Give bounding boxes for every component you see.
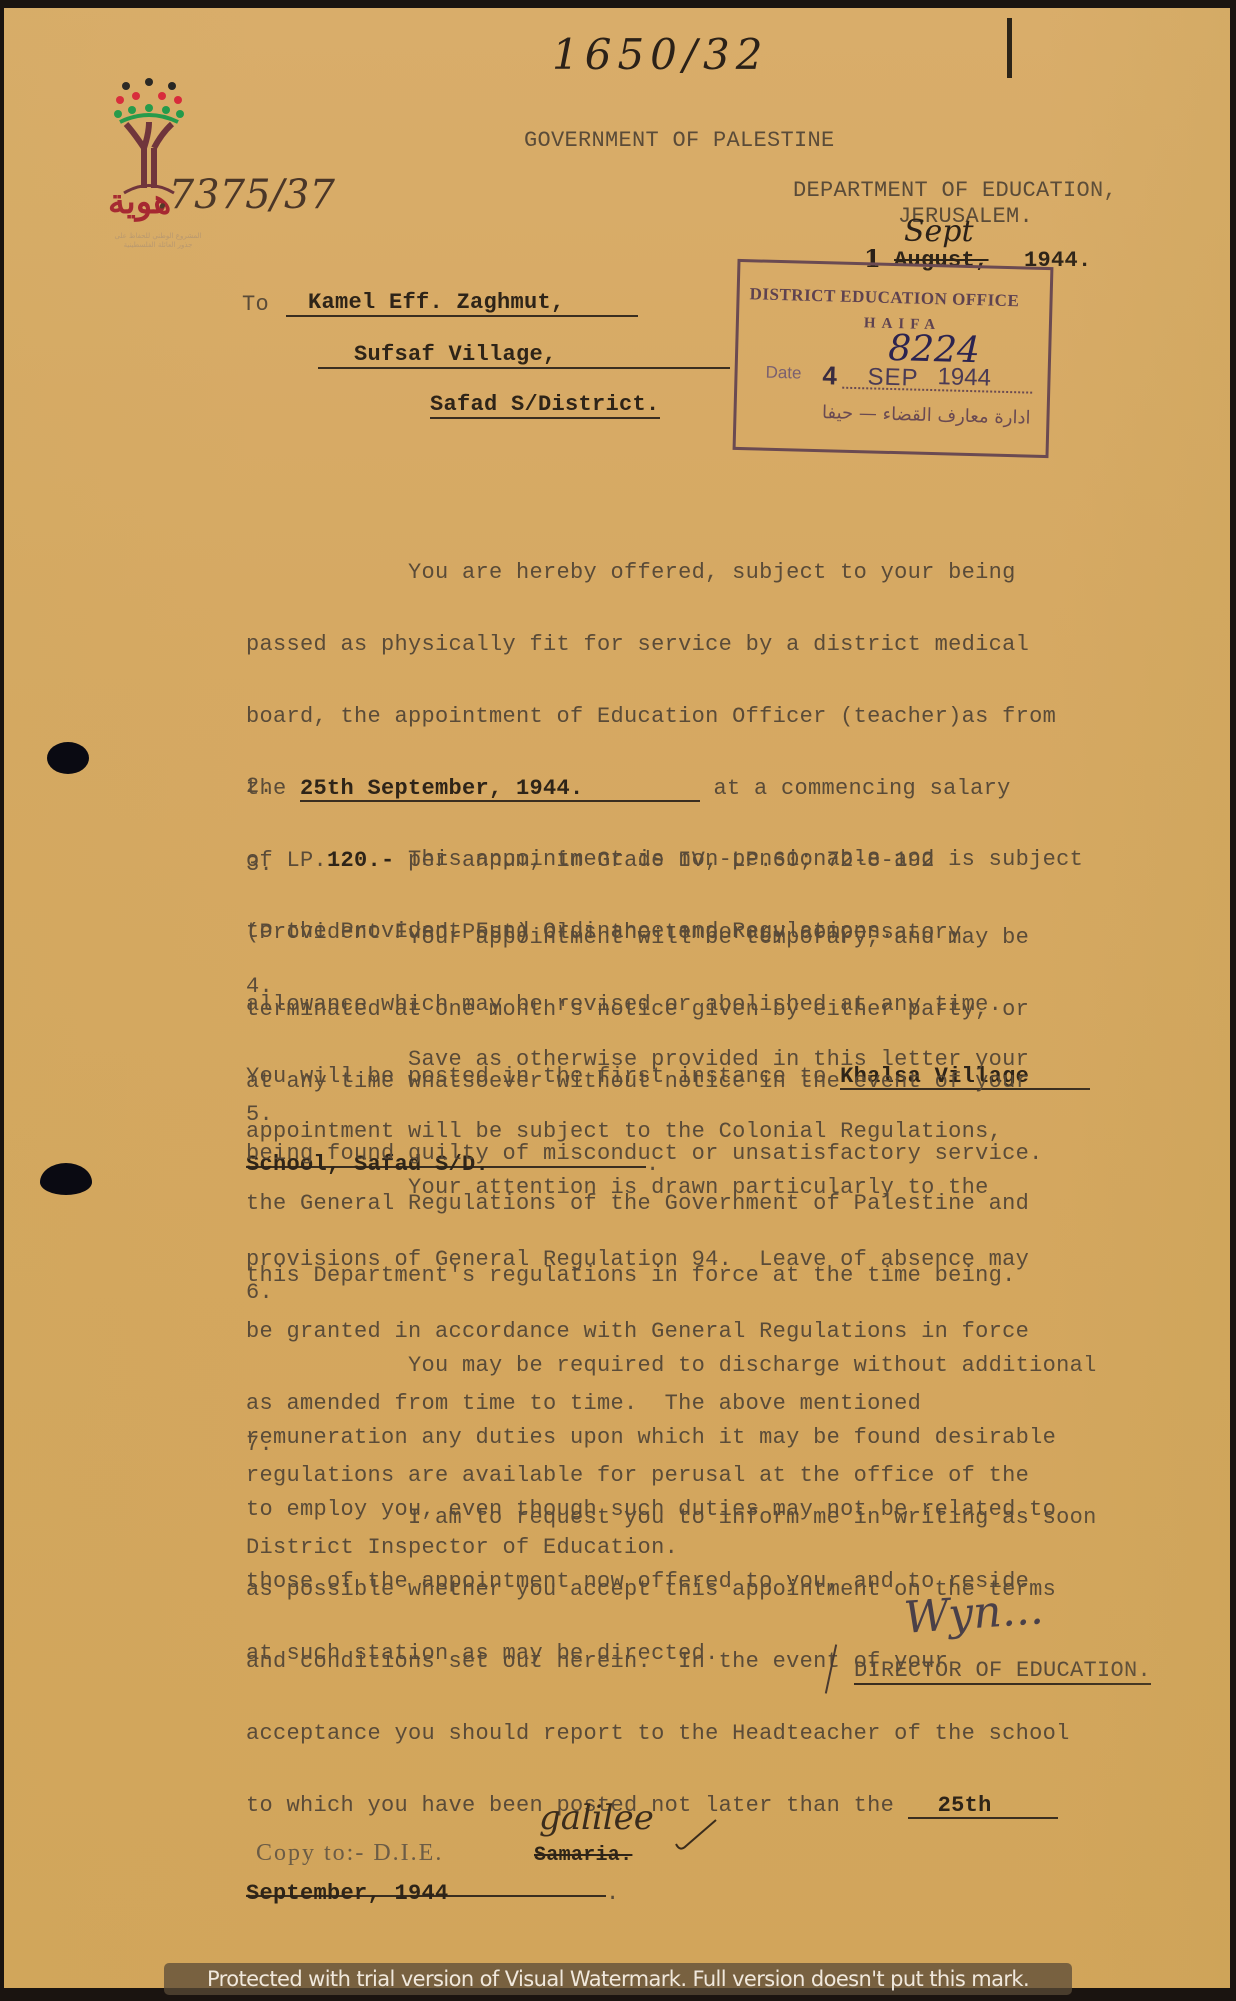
report-date-field: September, 1944	[246, 1883, 606, 1905]
file-reference-left: .7375/37	[156, 172, 335, 218]
body-line: board, the appointment of Education Offi…	[246, 706, 1176, 728]
body-line-report-date: to which you have been posted not later …	[246, 1795, 1176, 1817]
stamp-office: DISTRICT EDUCATION OFFICE	[749, 284, 1019, 311]
logo-caption: المشروع الوطني للحفاظ على جذور العائلة ا…	[112, 232, 204, 250]
stamp-day: 4	[822, 360, 837, 391]
punch-hole-top	[47, 742, 89, 774]
copy-to-handwritten-location: galilee	[539, 1798, 654, 1838]
stamp-arabic-text: ادارة معارف القضاء — حيفا	[822, 402, 1031, 428]
addressee-district: Safad S/District.	[430, 392, 660, 419]
paragraph-number: 3.	[246, 852, 273, 877]
stamp-year: 1944	[937, 363, 991, 392]
checkmark-icon	[672, 1816, 722, 1856]
margin-mark	[1007, 18, 1012, 78]
body-line-report-date-cont: September, 1944.	[246, 1883, 1176, 1905]
addressee-name: Kamel Eff. Zaghmut,	[286, 290, 638, 317]
body-line: You are hereby offered, subject to your …	[246, 562, 1176, 584]
logo-caption-line1: المشروع الوطني للحفاظ على	[112, 232, 204, 241]
body-text: .	[606, 1881, 620, 1906]
paragraph-7: 7. I am to request you to inform me in w…	[246, 1432, 1176, 1955]
document-page: 1650/32 هوية المشروع الوطني للحفاظ على ج…	[4, 8, 1230, 1988]
paragraph-number: 7.	[246, 1432, 273, 1457]
department-heading: DEPARTMENT OF EDUCATION,	[793, 178, 1117, 203]
body-line: Save as otherwise provided in this lette…	[246, 1049, 1176, 1071]
government-heading: GOVERNMENT OF PALESTINE	[524, 128, 835, 153]
body-line: You may be required to discharge without…	[246, 1355, 1176, 1377]
logo-caption-line2: جذور العائلة الفلسطينية	[112, 241, 204, 250]
body-line: provisions of General Regulation 94. Lea…	[246, 1249, 1176, 1271]
stamp-date-label: Date	[765, 363, 801, 384]
paragraph-number: 4.	[246, 974, 273, 999]
paragraph-number: 2.	[246, 774, 273, 799]
body-line: Your appointment will be temporary, and …	[246, 927, 1176, 949]
director-signature: Wyn...	[902, 1583, 1045, 1644]
body-line: Your attention is drawn particularly to …	[246, 1177, 1176, 1199]
file-reference-top: 1650/32	[552, 30, 768, 79]
body-line: I am to request you to inform me in writ…	[246, 1507, 1176, 1529]
copy-to-label: Copy to:- D.I.E.	[256, 1840, 443, 1867]
report-day-field: 25th	[908, 1795, 1058, 1819]
body-line: acceptance you should report to the Head…	[246, 1723, 1176, 1745]
trial-watermark-banner: Protected with trial version of Visual W…	[164, 1963, 1072, 1995]
body-line: passed as physically fit for service by …	[246, 634, 1176, 656]
date-handwritten-month: Sept	[904, 214, 974, 249]
paragraph-number: 5.	[246, 1102, 273, 1127]
to-label: To	[242, 292, 269, 317]
paragraph-number: 6.	[246, 1280, 273, 1305]
copy-to-struck-location: Samaria.	[534, 1844, 632, 1867]
director-title: DIRECTOR OF EDUCATION.	[854, 1658, 1151, 1685]
addressee-village: Sufsaf Village,	[318, 342, 730, 369]
punch-hole-bottom	[40, 1163, 92, 1195]
district-education-office-stamp: DISTRICT EDUCATION OFFICE HAIFA 8224 Dat…	[733, 259, 1054, 458]
